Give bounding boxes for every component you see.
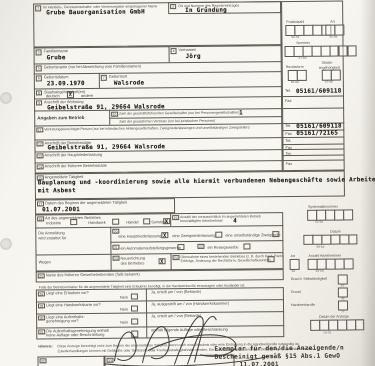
coding-systematik-cells [308,209,353,220]
option-hauptniederlassung: eine Hauptniederlassung [118,234,161,239]
option-zweigniederlassung: eine Zweigniederlassung [172,233,215,238]
field19-value: 4 [233,219,237,226]
field17-label: Datum des Beginns der angemeldeten Tätig… [45,200,127,205]
field17-value: 01.07.2001 [42,207,80,214]
field13-label: Anschrift der Hauptniederlassung [45,152,103,157]
anmeldung-label-2: wird erstattet für [38,236,66,241]
coding-rechtsform-label: Rechtsform [286,65,304,69]
field3-label: Familienname [44,49,68,54]
field8-option-andere: andere [81,93,93,98]
coding-staatsang-cells [323,70,341,81]
handwritten-signature [56,291,287,366]
field-number: 3 [36,49,42,55]
hinweis-label: Hinweis: [38,344,52,348]
telfax-label: Fax [285,99,292,104]
field3-value: Grube [47,55,66,62]
field25-label: Name des früheren Gewerbetreibenden (fal… [46,272,140,278]
wegen-label: Wegen [39,260,51,265]
field-number: 10 [111,111,118,117]
col-line [170,253,171,270]
coding-grund-label: Grund [291,290,301,294]
field-number: 18 [37,216,44,222]
col-line [170,213,171,226]
coding-index: 70-75 [323,330,331,334]
telfax-value: 05161/609118 [296,88,342,95]
option-handel: Handel [126,220,138,225]
coding-rechtsform-cells [289,70,307,81]
coding-art-label: Art [330,20,335,24]
checkbox-industrie [70,219,77,226]
field-number: 1 [35,5,41,11]
field-number: 24 [173,255,180,261]
col-line [109,110,110,125]
coding-postleitzahl-cells [286,25,331,36]
field6-value: 23.09.1970 [47,80,85,87]
coding-grad-label: Grad d. Selbständigkeit [291,277,327,282]
coding-index: 52-56 [315,220,323,224]
field-number: 4 [171,48,177,54]
telfax-value: 05161/609118 [296,123,342,130]
checkbox-zweigstelle [272,231,279,238]
field-number: 2 [170,4,176,10]
option-handwerk: Handwerk [88,221,106,226]
field-number: 26 [38,291,45,297]
field23-label-2: des Betriebes [121,261,145,266]
coding-index: 58-63 [316,245,324,249]
coding-art-mid-cells [291,259,300,270]
coding-nummer-label: Nummer [296,41,309,45]
section-betrieb-label: Angaben zum Betrieb [37,115,84,120]
field-number: 30 [38,315,45,321]
coding-datum-anzeige-cells [311,319,365,330]
field24-label-2: Erbfolge, Änderung der Rechtsform, Gesel… [181,258,271,263]
field7-value: Walsrode [114,80,144,87]
field12-value: Geibelstraße 91, 29664 Walsrode [47,144,165,152]
coding-index: 77 [341,309,344,313]
field-number: 11 [36,127,43,133]
checkbox-handel [143,218,150,225]
telfax-label: Tel. [285,124,291,129]
checkbox-handwerk [112,218,119,225]
coding-systematik-label: Systematiknummer [308,205,338,209]
field2-value: In Gründung [185,8,227,15]
field6-label: Geburtsdatum [44,75,69,80]
paper-sheet: 1 Im Handels-, Genossenschafts- oder Ver… [0,0,375,366]
checkbox-automaten [177,244,184,251]
coding-index: 57-64 [299,56,307,60]
checkbox-neuerrichtung: X [159,258,166,265]
telfax-label: Fax [285,131,292,136]
field-number: 31 [38,329,45,335]
coding-index: 65-66 [291,80,299,84]
field19-label-2: beschäftigten Arbeitnehmer [180,219,223,224]
field14-label: Anschrift der früheren Betriebsstätte [45,163,107,168]
coding-datum-anzeige-label: Datum der Anzeige [319,314,349,318]
telfax-label: Fax [286,162,293,167]
field8-option-deutsch: deutsch [46,94,60,99]
field-number: 8 [36,90,42,96]
field10-value1: 1 [239,110,243,117]
coding-anzahl-cells [309,258,354,269]
telfax-label: Tel. [285,139,291,144]
field-number: 5 [36,65,42,71]
coding-index: 50-54 [291,35,299,39]
coding-art-cells [326,24,344,35]
field4-label: Vornamen [179,48,197,53]
coding-nummer-cells [286,45,357,56]
checkbox-reisegewerbe [243,243,250,250]
telfax-label: Tel. [285,89,291,94]
punch-hole [0,92,13,105]
coding-index: 64 [292,269,295,273]
col-line [99,73,100,88]
paper-edge-shadow [360,0,375,366]
punch-hole [0,238,13,251]
field4-value: Jörg [186,53,201,60]
field-number: 12 [36,141,43,147]
field-number: 9 [36,100,42,106]
coding-postleitzahl-label: Postleitzahl [286,20,304,24]
checkbox-deutsch: X [67,91,74,98]
field-number: 17 [37,201,44,207]
coding-anzahl-label: Anzahl Arbeitnehmer [309,254,342,258]
telfax-value: 05161/72165 [296,131,338,138]
coding-datum-label: Datum [330,229,340,233]
coding-index: 55-56 [329,35,337,39]
field-number: 21 [112,244,119,250]
option-industrie: Industrie [46,221,61,226]
checkbox-sonstiges: X [163,218,170,225]
field-number: 23 [113,255,120,261]
field-number: 28 [38,303,45,309]
field7-label: Geburtsort [109,75,127,80]
coding-datum-cells [304,234,358,245]
checkbox-uebernahme [268,256,275,263]
telfax-label: Tel. [286,152,292,157]
field5-label: Geburtsname (nur bei Abweichung vom Fami… [44,64,141,70]
col-line [169,46,170,62]
field15-value-line2: mit Asbest [38,188,76,195]
coding-handwerksrolle-label: Handwerksrolle [291,303,315,307]
field-number: 32 [39,358,46,364]
field-number: 22 [197,243,204,249]
coding-art-mid-label: Art [291,254,296,258]
checkbox-hauptniederlassung: X [161,232,168,239]
field1-value: Grube Bauorganisation GmbH [46,9,145,16]
field-number: 7 [101,75,107,81]
field-number: 13 [37,153,44,159]
field-number: 25 [38,273,45,279]
field15-label: Angemeldete Tätigkeit [45,174,84,179]
field-number: 14 [37,164,44,170]
option-automaten: ein Automatenaufstellungsgewerbe [120,246,181,251]
scanned-form-page: 1 Im Handels-, Genossenschafts- oder Ver… [0,0,375,366]
coding-index: 67-68 [325,80,333,84]
field-number: 6 [36,75,42,81]
coding-index: 65-69 [316,269,324,273]
option-reisegewerbe: ein Reisegewerbe [207,246,238,251]
checkbox-zweigniederlassung [215,231,222,238]
field-number: 19 [172,215,179,221]
